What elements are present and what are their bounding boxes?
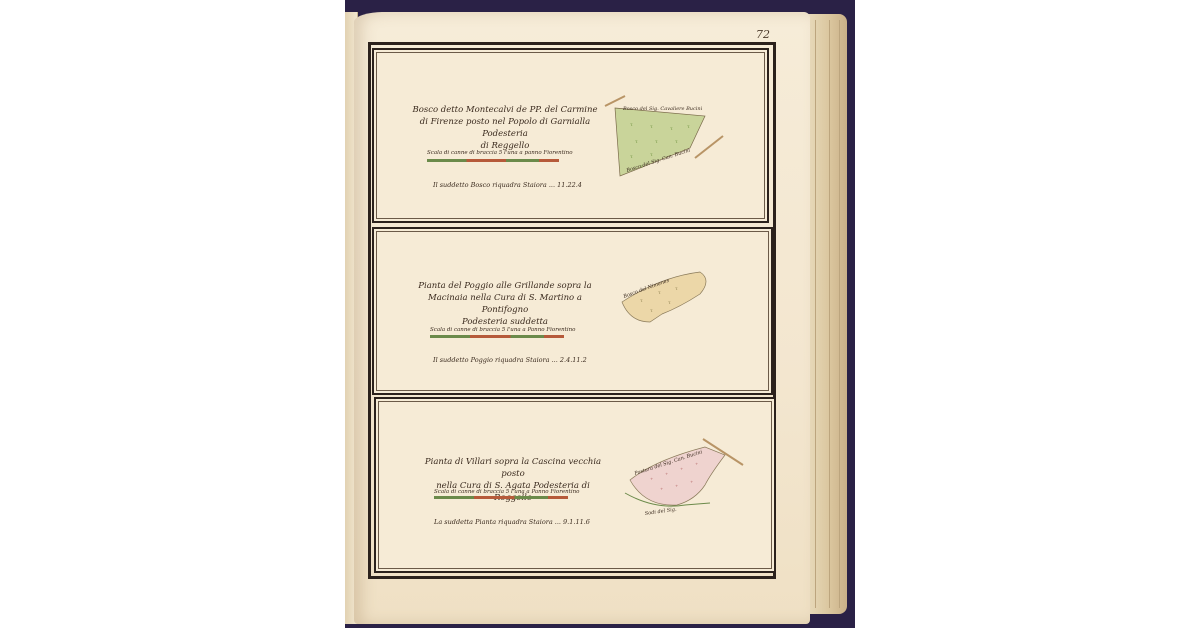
svg-text:τ: τ — [650, 308, 653, 314]
map-2-plot: τττττ Bosco del Nimenes — [600, 262, 730, 342]
map-2-scale-label: Scala di canne di braccia 5 l'una a Pann… — [430, 327, 575, 333]
svg-text:τ: τ — [630, 154, 633, 160]
svg-text:Sodi del Sig.: Sodi del Sig. — [644, 507, 677, 517]
svg-text:τ: τ — [635, 139, 638, 145]
map-1-scale-label: Scala di canne di braccia 5 l'una a pann… — [427, 150, 573, 156]
svg-text:τ: τ — [650, 124, 653, 130]
svg-text:τ: τ — [675, 286, 678, 292]
title-line: Bosco detto Montecalvi de PP. del Carmin… — [405, 104, 605, 116]
title-line: Pianta del Poggio alle Grillande sopra l… — [410, 280, 600, 292]
svg-text:τ: τ — [640, 298, 643, 304]
map-3-area-text: La suddetta Pianta riquadra Staiora ... … — [434, 518, 590, 526]
map-3-scale-bar — [434, 496, 568, 499]
map-1-title: Bosco detto Montecalvi de PP. del Carmin… — [405, 104, 605, 152]
svg-text:+: + — [690, 479, 693, 484]
svg-text:+: + — [695, 461, 698, 466]
svg-text:τ: τ — [687, 124, 690, 130]
svg-text:+: + — [665, 471, 668, 476]
map-1-scale-bar — [427, 159, 559, 162]
svg-text:τ: τ — [658, 290, 661, 296]
page-number: 72 — [756, 28, 770, 41]
svg-text:τ: τ — [655, 139, 658, 145]
map-2-title: Pianta del Poggio alle Grillande sopra l… — [410, 280, 600, 328]
svg-text:τ: τ — [668, 300, 671, 306]
svg-text:Bosco del Sig. Cavaliere Bucin: Bosco del Sig. Cavaliere Bucini — [622, 106, 703, 112]
svg-text:τ: τ — [670, 126, 673, 132]
svg-text:+: + — [660, 486, 663, 491]
map-3-scale-label: Scala di canne di braccia 5 l'una a Pann… — [434, 489, 579, 495]
svg-text:τ: τ — [630, 122, 633, 128]
map-1-area-text: Il suddetto Bosco riquadra Staiora ... 1… — [433, 181, 582, 189]
map-3-plot: +++++++ Pastura del Sig. Can. Bucini Sod… — [615, 425, 765, 520]
map-2-area-text: Il suddetto Poggio riquadra Staiora ... … — [433, 356, 587, 364]
svg-text:+: + — [675, 483, 678, 488]
map-2-scale-bar — [430, 335, 564, 338]
title-line: di Firenze posto nel Popolo di Garnialla… — [405, 116, 605, 140]
svg-text:τ: τ — [675, 139, 678, 145]
svg-text:+: + — [650, 476, 653, 481]
svg-text:τ: τ — [650, 152, 653, 158]
map-1-plot: ττττ τττ τττ Bosco del Sig. Cavaliere Bu… — [595, 88, 735, 188]
title-line: Macinaia nella Cura di S. Martino a Pont… — [410, 292, 600, 316]
title-line: Pianta di Villari sopra la Cascina vecch… — [418, 456, 608, 480]
svg-text:+: + — [680, 466, 683, 471]
